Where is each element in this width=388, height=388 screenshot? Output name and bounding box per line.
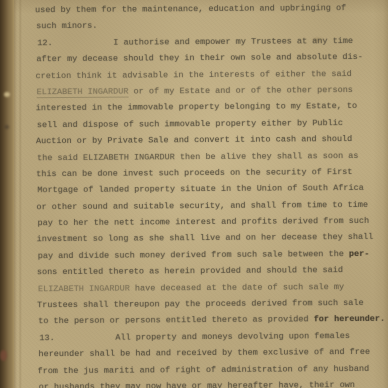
dark-typed-text: for hereunder.	[314, 314, 385, 324]
text-line: or husbands they may now have or may her…	[39, 377, 385, 388]
ink-stain	[4, 125, 9, 129]
line-text: hereunder shall be had and received by t…	[38, 347, 370, 359]
line-text: I authorise and empower my Trustees at a…	[113, 36, 353, 48]
red-stain	[0, 350, 7, 361]
line-text: or of my Estate and or of the other pers…	[128, 85, 353, 97]
line-text: the said ELIZABETH INGARDUR then be aliv…	[37, 150, 358, 162]
line-text: Trustees shall thereupon pay the proceed…	[37, 298, 364, 310]
line-text: sons entitled thereto as herein provided…	[37, 265, 343, 277]
line-text: sell and dispose of such immovable prope…	[37, 118, 343, 130]
name-emphasis: ELIZABETH INGARDUR	[38, 283, 130, 294]
line-text: from the jus mariti and of right of admi…	[38, 363, 370, 375]
text-lines: used by them for the maintenance, educat…	[35, 0, 385, 388]
line-text: to the person or persons entitled theret…	[38, 315, 314, 327]
paragraph-number: 12.	[37, 35, 52, 52]
line-text: All property and moneys devolving upon f…	[115, 331, 350, 343]
stacked-page-edges	[14, 0, 32, 388]
name-emphasis: ELIZABETH INGARDUR	[37, 87, 129, 99]
line-text: or other sound and suitable security, an…	[36, 200, 368, 212]
line-text: this can be done invest such proceeds on…	[36, 167, 352, 179]
line-text: pay to her the nett income interest and …	[38, 216, 370, 228]
line-text: used by them for the maintenance, educat…	[35, 3, 346, 15]
line-text: after my decease should they in their ow…	[36, 52, 363, 64]
line-text: Auction or by Private Sale and convert i…	[36, 134, 352, 146]
line-text: have deceased at the date of such sale m…	[130, 282, 344, 293]
typewritten-text-block: to be used by them for the maintenance, …	[35, 0, 382, 1]
line-text: interested in the immovable property bel…	[36, 101, 357, 113]
line-text: or husbands they may now have or may her…	[39, 380, 355, 388]
paragraph-number: 13.	[39, 330, 54, 347]
line-text: investment so long as she shall live and…	[37, 232, 374, 244]
document-scan-page: to be used by them for the maintenance, …	[0, 0, 388, 388]
dark-typed-text: per-	[349, 249, 369, 259]
line-text: Mortgage of landed property situate in t…	[37, 183, 364, 195]
light-speck	[4, 92, 10, 97]
line-text: pay and divide such money derived from s…	[38, 249, 349, 261]
line-text: such minors.	[36, 21, 97, 31]
line-text: cretion think it advisable in the intere…	[35, 69, 351, 81]
book-binding-edge	[0, 0, 14, 388]
